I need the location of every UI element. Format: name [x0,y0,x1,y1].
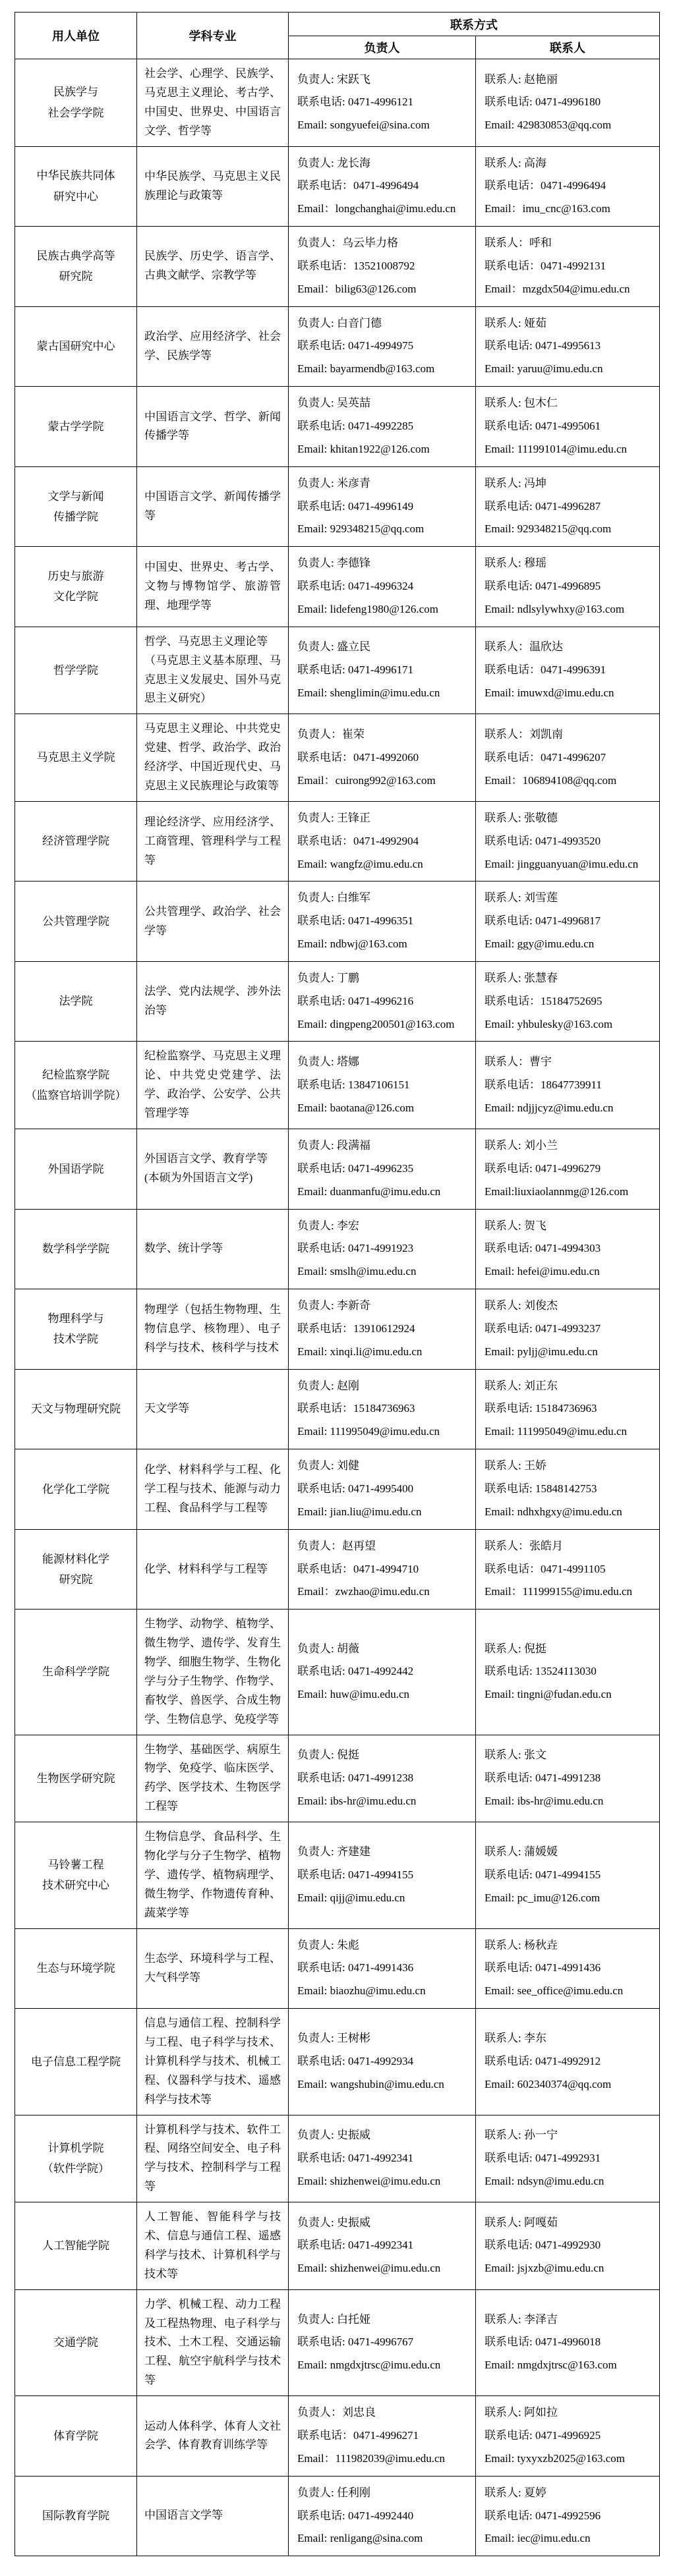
leader-cell: 负责人: 齐建建 联系电话: 0471-4994155 Email: qijj@… [289,1822,476,1928]
table-row: 公共管理学院 公共管理学、政治学、社会学等 负责人: 白维军 联系电话: 047… [15,882,660,962]
unit-cell: 马铃薯工程 技术研究中心 [15,1822,137,1928]
header-unit: 用人单位 [15,13,137,59]
contact-person-cell: 联系人: 蒲媛媛 联系电话: 0471-4994155 Email: pc_im… [476,1822,660,1928]
table-row: 计算机学院 （软件学院） 计算机科学与技术、软件工程、网络空间安全、电子科学与技… [15,2115,660,2202]
unit-cell: 化学化工学院 [15,1449,137,1530]
leader-cell: 负责人: 倪挺 联系电话: 0471-4991238 Email: ibs-hr… [289,1735,476,1822]
table-row: 哲学学院 哲学、马克思主义理论等 （马克思主义基本原理、马克思主义发展史、国外马… [15,627,660,714]
header-leader: 负责人 [289,36,476,59]
contact-person-cell: 联系人：温欣达 联系电话：0471-4996391 Email: imuwxd@… [476,627,660,714]
unit-cell: 体育学院 [15,2396,137,2477]
discipline-cell: 哲学、马克思主义理论等 （马克思主义基本原理、马克思主义发展史、国外马克思主义研… [137,627,289,714]
contact-person-cell: 联系人: 赵艳丽 联系电话: 0471-4996180 Email: 42983… [476,59,660,147]
discipline-cell: 理论经济学、应用经济学、工商管理、管理科学与工程等 [137,801,289,882]
table-row: 外国语学院 外国语言文学、教育学等 (本硕为外国语言文学) 负责人: 段满福 联… [15,1129,660,1210]
leader-cell: 负责人: 丁鹏 联系电话: 0471-4996216 Email: dingpe… [289,961,476,1042]
discipline-cell: 生物学、基础医学、病原生物学、免疫学、临床医学、药学、医学技术、生物医学工程等 [137,1735,289,1822]
table-row: 蒙古学学院 中国语言文学、哲学、新闻传播学等 负责人: 吴英喆 联系电话: 04… [15,387,660,467]
leader-cell: 负责人: 任利刚 联系电话: 0471-4992440 Email: renli… [289,2476,476,2556]
leader-cell: 负责人: 胡薇 联系电话: 0471-4992442 Email: huw@im… [289,1610,476,1735]
leader-cell: 负责人: 刘健 联系电话: 0471-4995400 Email: jian.l… [289,1449,476,1530]
leader-cell: 负责人: 龙长海 联系电话：0471-4996494 Email：longcha… [289,146,476,227]
table-row: 能源材料化学 研究院 化学、材料科学与工程等 负责人：赵再望 联系电话：0471… [15,1529,660,1610]
leader-cell: 负责人: 李宏 联系电话: 0471-4991923 Email: smslh@… [289,1209,476,1289]
contact-person-cell: 联系人: 夏婷 联系电话: 0471-4992596 Email: iec@im… [476,2476,660,2556]
discipline-cell: 社会学、心理学、民族学、马克思主义理论、考古学、中国史、世界史、中国语言文学、哲… [137,59,289,147]
header-discipline: 学科专业 [137,13,289,59]
table-row: 交通学院 力学、机械工程、动力工程及工程热物理、电子科学与技术、土木工程、交通运… [15,2289,660,2395]
leader-cell: 负责人：赵再望 联系电话：0471-4994710 Email：zwzhao@i… [289,1529,476,1610]
table-row: 化学化工学院 化学、材料科学与工程、化学工程与技术、能源与动力工程、食品科学与工… [15,1449,660,1530]
unit-cell: 能源材料化学 研究院 [15,1529,137,1610]
discipline-cell: 政治学、应用经济学、社会学、民族学等 [137,306,289,387]
table-row: 历史与旅游 文化学院 中国史、世界史、考古学、文物与博物馆学、旅游管理、地理学等… [15,547,660,627]
discipline-cell: 信息与通信工程、控制科学与工程、电子科学与技术、计算机科学与技术、机械工程、仪器… [137,2009,289,2115]
contact-person-cell: 联系人: 刘正东 联系电话: 15184736963 Email: 111995… [476,1369,660,1449]
leader-cell: 负责人: 朱彪 联系电话: 0471-4991436 Email: biaozh… [289,1928,476,2009]
contact-person-cell: 联系人：曹宇 联系电话：18647739911 Email: ndjjjcyz@… [476,1042,660,1129]
contact-person-cell: 联系人: 阿嘎茹 联系电话: 0471-4992930 Email: jsjxz… [476,2202,660,2290]
contact-person-cell: 联系人：张皓月 联系电话：0471-4991105 Email：11199915… [476,1529,660,1610]
unit-cell: 纪检监察学院 （监察官培训学院） [15,1042,137,1129]
leader-cell: 负责人: 史振威 联系电话: 0471-4992341 Email: shizh… [289,2202,476,2290]
table-row: 生命科学学院 生物学、动物学、植物学、微生物学、遗传学、发育生物学、细胞生物学、… [15,1610,660,1735]
contact-person-cell: 联系人: 张文 联系电话: 0471-4991238 Email: ibs-hr… [476,1735,660,1822]
header-contact-person: 联系人 [476,36,660,59]
unit-cell: 公共管理学院 [15,882,137,962]
unit-cell: 生物医学研究院 [15,1735,137,1822]
table-row: 文学与新闻 传播学院 中国语言文学、新闻传播学等 负责人: 米彦青 联系电话: … [15,466,660,547]
table-row: 生态与环境学院 生态学、环境科学与工程、大气科学等 负责人: 朱彪 联系电话: … [15,1928,660,2009]
leader-cell: 负责人: 塔娜 联系电话: 13847106151 Email: baotana… [289,1042,476,1129]
discipline-cell: 马克思主义理论、中共党史党建、哲学、政治学、政治经济学、中国近现代史、马克思主义… [137,714,289,802]
unit-cell: 法学院 [15,961,137,1042]
contact-person-cell: 联系人: 娅茹 联系电话: 0471-4995613 Email: yaruu@… [476,306,660,387]
leader-cell: 负责人：乌云毕力格 联系电话：13521008792 Email：bilig63… [289,227,476,307]
unit-cell: 计算机学院 （软件学院） [15,2115,137,2202]
discipline-cell: 化学、材料科学与工程等 [137,1529,289,1610]
contact-person-cell: 联系人: 李泽吉 联系电话: 0471-4996018 Email: nmgdx… [476,2289,660,2395]
contact-person-cell: 联系人: 穆瑶 联系电话: 0471-4996895 Email: ndlsyl… [476,547,660,627]
leader-cell: 负责人: 李新奇 联系电话：13910612924 Email: xinqi.l… [289,1289,476,1370]
table-row: 法学院 法学、党内法规学、涉外法治等 负责人: 丁鹏 联系电话: 0471-49… [15,961,660,1042]
table-row: 马克思主义学院 马克思主义理论、中共党史党建、哲学、政治学、政治经济学、中国近现… [15,714,660,802]
leader-cell: 负责人：崔荣 联系电话：0471-4992060 Email：cuirong99… [289,714,476,802]
unit-cell: 生命科学学院 [15,1610,137,1735]
contact-person-cell: 联系人: 包木仁 联系电话: 0471-4995061 Email: 11199… [476,387,660,467]
unit-cell: 电子信息工程学院 [15,2009,137,2115]
leader-cell: 负责人：刘忠良 联系电话：0471-4996271 Email：11198203… [289,2396,476,2477]
contact-person-cell: 联系人: 冯坤 联系电话: 0471-4996287 Email: 929348… [476,466,660,547]
discipline-cell: 中国语言文学、新闻传播学等 [137,466,289,547]
table-row: 民族学与 社会学学院 社会学、心理学、民族学、马克思主义理论、考古学、中国史、世… [15,59,660,147]
leader-cell: 负责人: 赵刚 联系电话：15184736963 Email: 11199504… [289,1369,476,1449]
unit-cell: 国际教育学院 [15,2476,137,2556]
contact-person-cell: 联系人: 高海 联系电话：0471-4996494 Email：imu_cnc@… [476,146,660,227]
unit-cell: 生态与环境学院 [15,1928,137,2009]
table-row: 物理科学与 技术学院 物理学（包括生物物理、生物信息学、核物理）、电子科学与技术… [15,1289,660,1370]
contact-person-cell: 联系人: 张慧春 联系电话：15184752695 Email: yhbules… [476,961,660,1042]
discipline-cell: 力学、机械工程、动力工程及工程热物理、电子科学与技术、土木工程、交通运输工程、航… [137,2289,289,2395]
discipline-cell: 民族学、历史学、语言学、古典文献学、宗教学等 [137,227,289,307]
table-body: 民族学与 社会学学院 社会学、心理学、民族学、马克思主义理论、考古学、中国史、世… [15,59,660,2556]
discipline-cell: 运动人体科学、体育人文社会学、体育教育训练学等 [137,2396,289,2477]
table-row: 马铃薯工程 技术研究中心 生物信息学、食品科学、生物化学与分子生物学、植物学、遗… [15,1822,660,1928]
discipline-cell: 中华民族学、马克思主义民族理论与政策等 [137,146,289,227]
unit-cell: 民族学与 社会学学院 [15,59,137,147]
table-row: 电子信息工程学院 信息与通信工程、控制科学与工程、电子科学与技术、计算机科学与技… [15,2009,660,2115]
table-row: 生物医学研究院 生物学、基础医学、病原生物学、免疫学、临床医学、药学、医学技术、… [15,1735,660,1822]
discipline-cell: 化学、材料科学与工程、化学工程与技术、能源与动力工程、食品科学与工程等 [137,1449,289,1530]
discipline-cell: 生态学、环境科学与工程、大气科学等 [137,1928,289,2009]
header-row-top: 用人单位 学科专业 联系方式 [15,13,660,36]
contact-person-cell: 联系人: 孙一宁 联系电话: 0471-4992931 Email: ndsyn… [476,2115,660,2202]
contact-person-cell: 联系人: 杨秋垚 联系电话: 0471-4991436 Email: see_o… [476,1928,660,2009]
leader-cell: 负责人: 宋跃飞 联系电话: 0471-4996121 Email: songy… [289,59,476,147]
discipline-cell: 中国语言文学等 [137,2476,289,2556]
contact-person-cell: 联系人：刘凯南 联系电话：0471-4996207 Email：10689410… [476,714,660,802]
leader-cell: 负责人: 段满福 联系电话: 0471-4996235 Email: duanm… [289,1129,476,1210]
discipline-cell: 中国语言文学、哲学、新闻传播学等 [137,387,289,467]
unit-cell: 物理科学与 技术学院 [15,1289,137,1370]
unit-cell: 马克思主义学院 [15,714,137,802]
table-row: 天文与物理研究院 天文学等 负责人: 赵刚 联系电话：15184736963 E… [15,1369,660,1449]
discipline-cell: 天文学等 [137,1369,289,1449]
contact-person-cell: 联系人: 王娇 联系电话: 15848142753 Email: ndhxhgx… [476,1449,660,1530]
table-row: 数学科学学院 数学、统计学等 负责人: 李宏 联系电话: 0471-499192… [15,1209,660,1289]
unit-cell: 天文与物理研究院 [15,1369,137,1449]
contact-person-cell: 联系人: 阿如拉 联系电话: 0471-4996925 Email: tyxyx… [476,2396,660,2477]
contact-person-cell: 联系人: 刘小兰 联系电话: 0471-4996279 Email:liuxia… [476,1129,660,1210]
header-contact-method: 联系方式 [289,13,660,36]
discipline-cell: 生物信息学、食品科学、生物化学与分子生物学、植物学、遗传学、植物病理学、微生物学… [137,1822,289,1928]
leader-cell: 负责人: 王树彬 联系电话: 0471-4992934 Email: wangs… [289,2009,476,2115]
unit-cell: 哲学学院 [15,627,137,714]
discipline-cell: 物理学（包括生物物理、生物信息学、核物理）、电子科学与技术、核科学与技术 [137,1289,289,1370]
leader-cell: 负责人: 李德锋 联系电话: 0471-4996324 Email: lidef… [289,547,476,627]
table-header: 用人单位 学科专业 联系方式 负责人 联系人 [15,13,660,59]
discipline-cell: 中国史、世界史、考古学、文物与博物馆学、旅游管理、地理学等 [137,547,289,627]
leader-cell: 负责人: 史振威 联系电话: 0471-4992341 Email: shizh… [289,2115,476,2202]
table-row: 蒙古国研究中心 政治学、应用经济学、社会学、民族学等 负责人: 白音门德 联系电… [15,306,660,387]
contact-person-cell: 联系人: 张敬德 联系电话: 0471-4993520 Email: jingg… [476,801,660,882]
discipline-cell: 公共管理学、政治学、社会学等 [137,882,289,962]
unit-cell: 经济管理学院 [15,801,137,882]
contact-person-cell: 联系人：呼和 联系电话：0471-4992131 Email：mzgdx504@… [476,227,660,307]
unit-cell: 历史与旅游 文化学院 [15,547,137,627]
contact-info-table: 用人单位 学科专业 联系方式 负责人 联系人 民族学与 社会学学院 社会学、心理… [15,12,660,2556]
unit-cell: 交通学院 [15,2289,137,2395]
discipline-cell: 生物学、动物学、植物学、微生物学、遗传学、发育生物学、细胞生物学、生物化学与分子… [137,1610,289,1735]
unit-cell: 文学与新闻 传播学院 [15,466,137,547]
contact-person-cell: 联系人: 倪挺 联系电话: 13524113030 Email: tingni@… [476,1610,660,1735]
table-row: 人工智能学院 人工智能、智能科学与技术、信息与通信工程、遥感科学与技术、计算机科… [15,2202,660,2290]
table-row: 中华民族共同体 研究中心 中华民族学、马克思主义民族理论与政策等 负责人: 龙长… [15,146,660,227]
document-page: 用人单位 学科专业 联系方式 负责人 联系人 民族学与 社会学学院 社会学、心理… [0,0,675,2576]
table-row: 经济管理学院 理论经济学、应用经济学、工商管理、管理科学与工程等 负责人: 王锋… [15,801,660,882]
leader-cell: 负责人: 米彦青 联系电话: 0471-4996149 Email: 92934… [289,466,476,547]
discipline-cell: 纪检监察学、马克思主义理论、中共党史党建学、法学、政治学、公安学、公共管理学等 [137,1042,289,1129]
contact-person-cell: 联系人: 刘雪莲 联系电话: 0471-4996817 Email: ggy@i… [476,882,660,962]
leader-cell: 负责人: 白音门德 联系电话: 0471-4994975 Email: baya… [289,306,476,387]
table-row: 民族古典学高等 研究院 民族学、历史学、语言学、古典文献学、宗教学等 负责人：乌… [15,227,660,307]
unit-cell: 外国语学院 [15,1129,137,1210]
leader-cell: 负责人: 白维军 联系电话: 0471-4996351 Email: ndbwj… [289,882,476,962]
unit-cell: 人工智能学院 [15,2202,137,2290]
unit-cell: 蒙古国研究中心 [15,306,137,387]
unit-cell: 数学科学学院 [15,1209,137,1289]
discipline-cell: 计算机科学与技术、软件工程、网络空间安全、电子科学与技术、控制科学与工程等 [137,2115,289,2202]
contact-person-cell: 联系人: 李东 联系电话: 0471-4992912 Email: 602340… [476,2009,660,2115]
table-row: 国际教育学院 中国语言文学等 负责人: 任利刚 联系电话: 0471-49924… [15,2476,660,2556]
table-row: 纪检监察学院 （监察官培训学院） 纪检监察学、马克思主义理论、中共党史党建学、法… [15,1042,660,1129]
discipline-cell: 法学、党内法规学、涉外法治等 [137,961,289,1042]
discipline-cell: 外国语言文学、教育学等 (本硕为外国语言文学) [137,1129,289,1210]
leader-cell: 负责人: 王锋正 联系电话：0471-4992904 Email: wangfz… [289,801,476,882]
leader-cell: 负责人: 白托娅 联系电话: 0471-4996767 Email: nmgdx… [289,2289,476,2395]
discipline-cell: 数学、统计学等 [137,1209,289,1289]
unit-cell: 中华民族共同体 研究中心 [15,146,137,227]
leader-cell: 负责人: 吴英喆 联系电话: 0471-4992285 Email: khita… [289,387,476,467]
discipline-cell: 人工智能、智能科学与技术、信息与通信工程、遥感科学与技术、计算机科学与技术等 [137,2202,289,2290]
unit-cell: 蒙古学学院 [15,387,137,467]
leader-cell: 负责人: 盛立民 联系电话: 0471-4996171 Email: sheng… [289,627,476,714]
unit-cell: 民族古典学高等 研究院 [15,227,137,307]
contact-person-cell: 联系人: 贺飞 联系电话: 0471-4994303 Email: hefei@… [476,1209,660,1289]
contact-person-cell: 联系人: 刘俊杰 联系电话: 0471-4993237 Email: pyljj… [476,1289,660,1370]
table-row: 体育学院 运动人体科学、体育人文社会学、体育教育训练学等 负责人：刘忠良 联系电… [15,2396,660,2477]
